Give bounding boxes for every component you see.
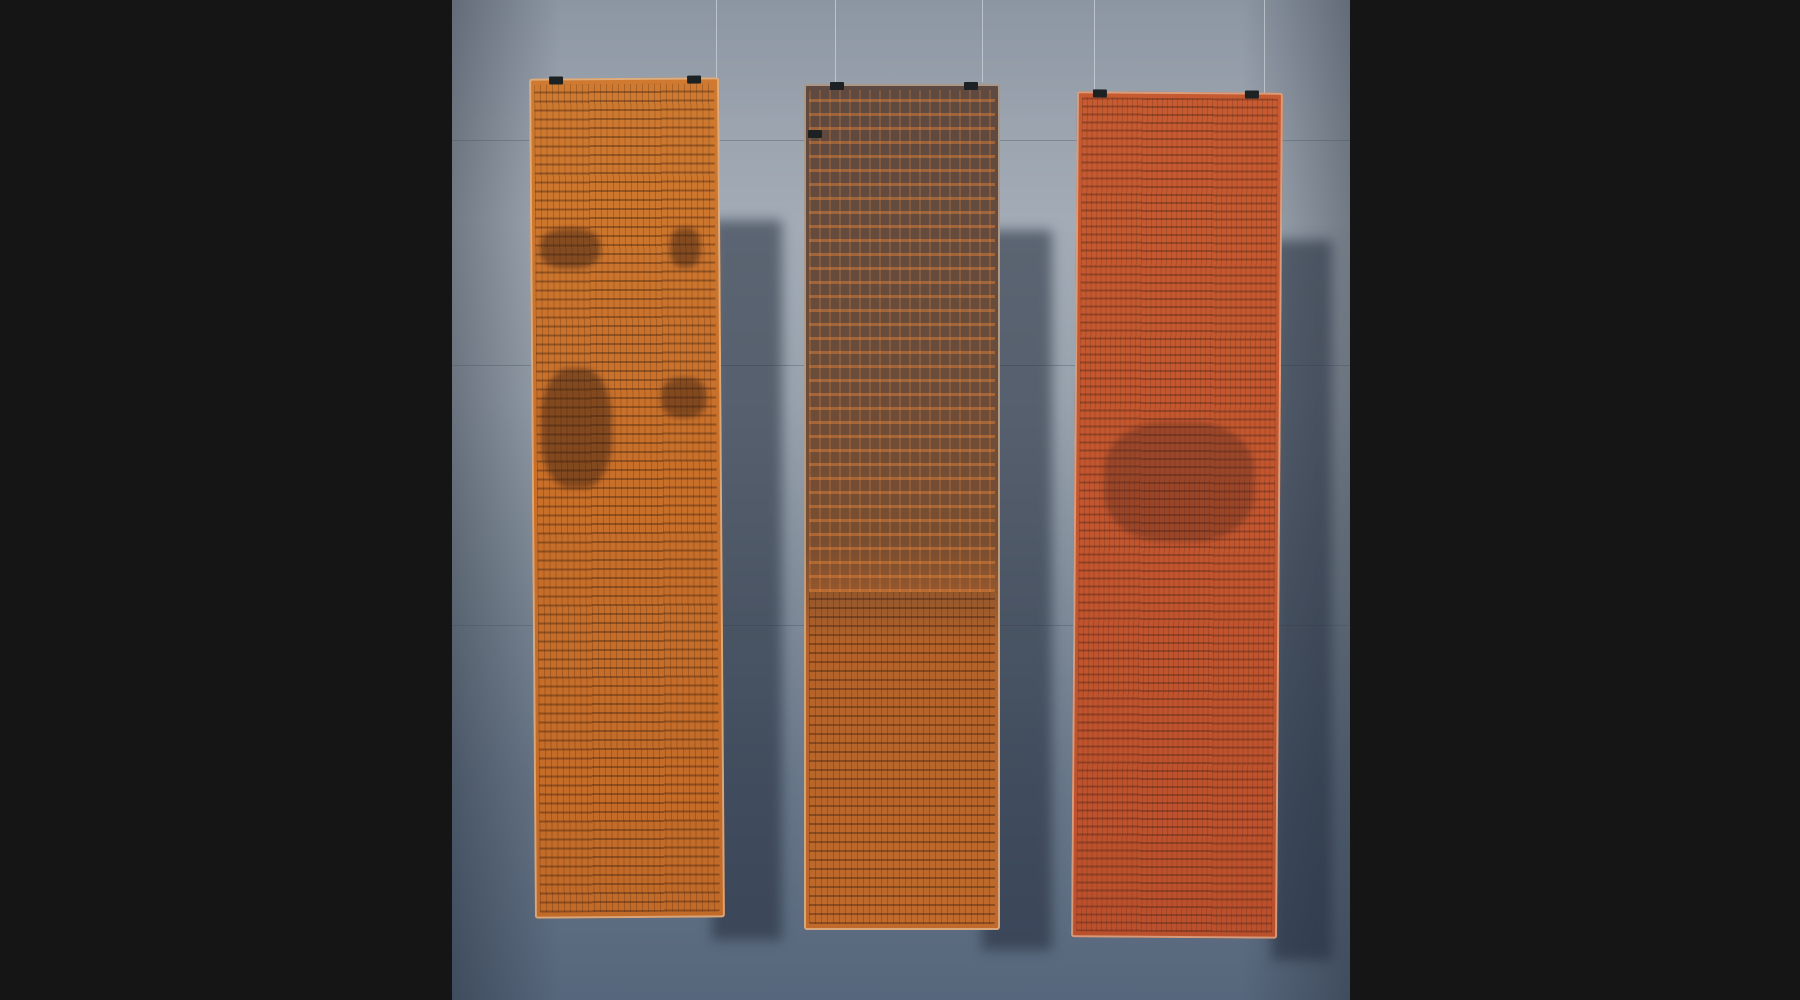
left-scroll: [529, 77, 725, 918]
binder-clip: [1093, 89, 1107, 97]
binder-clip: [830, 82, 844, 90]
ink-blot: [541, 368, 612, 488]
hanging-wire: [982, 0, 983, 82]
script-text-texture: [534, 83, 720, 912]
image-canvas: [0, 0, 1800, 1000]
binder-clip: [549, 76, 563, 84]
binder-clip: [808, 130, 822, 138]
photograph: [452, 0, 1350, 1000]
script-text-texture: [809, 90, 995, 592]
ink-blot: [540, 228, 600, 268]
ink-blot: [661, 377, 706, 417]
ink-drawing: [1104, 421, 1255, 542]
hanging-wire: [716, 0, 717, 80]
binder-clip: [1245, 90, 1259, 98]
hanging-wire: [835, 0, 836, 86]
hanging-wire: [1264, 0, 1265, 95]
hanging-wire: [1094, 0, 1095, 95]
script-text-texture: [809, 592, 995, 924]
right-scroll: [1071, 91, 1283, 938]
middle-scroll: [804, 84, 1000, 930]
ink-blot: [670, 227, 700, 267]
binder-clip: [964, 82, 978, 90]
binder-clip: [687, 75, 701, 83]
